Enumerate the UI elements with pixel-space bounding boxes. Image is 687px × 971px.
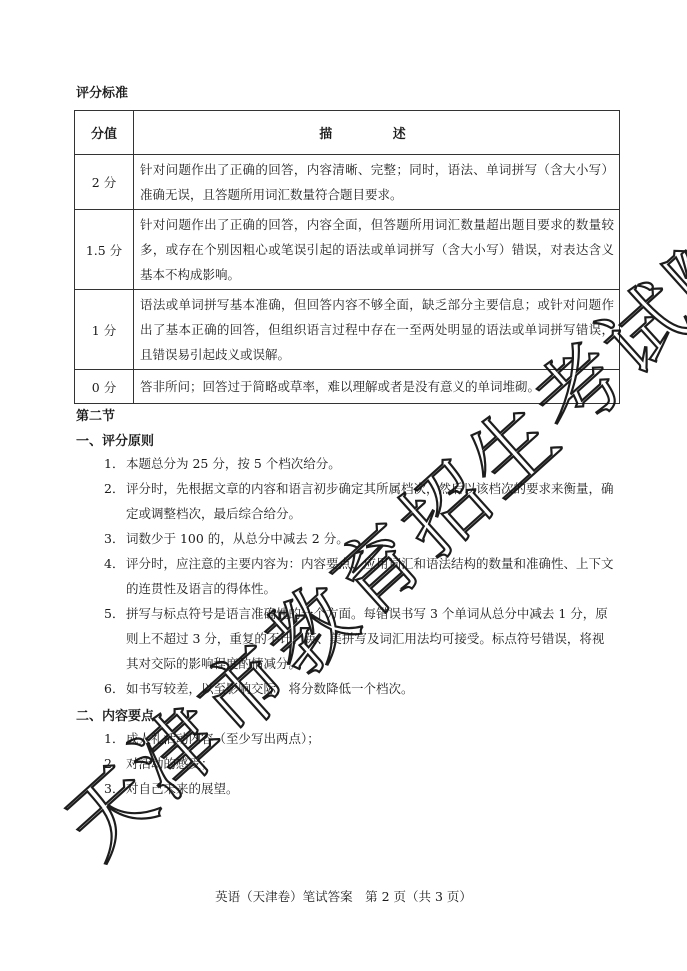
key-points-title: 二、内容要点 <box>76 705 154 724</box>
list-item: 3． 对自己未来的展望。 <box>104 776 616 801</box>
score-cell: 0 分 <box>75 370 134 404</box>
score-cell: 2 分 <box>75 155 134 210</box>
page-footer: 英语（天津卷）笔试答案 第 2 页（共 3 页） <box>0 887 687 905</box>
description-cell: 针对问题作出了正确的回答，内容清晰、完整；同时，语法、单词拼写（含大小写）准确无… <box>134 155 620 210</box>
list-item: 4． 评分时，应注意的主要内容为：内容要点、应用词汇和语法结构的数量和准确性、上… <box>104 551 616 601</box>
table-header-row: 分值 描 述 <box>75 111 620 155</box>
column-header-score: 分值 <box>75 111 134 155</box>
score-cell: 1.5 分 <box>75 210 134 290</box>
table-row: 2 分 针对问题作出了正确的回答，内容清晰、完整；同时，语法、单词拼写（含大小写… <box>75 155 620 210</box>
rubric-table: 分值 描 述 2 分 针对问题作出了正确的回答，内容清晰、完整；同时，语法、单词… <box>74 110 620 404</box>
list-item: 5． 拼写与标点符号是语言准确性的一个方面。每错误书写 3 个单词从总分中减去 … <box>104 601 616 676</box>
description-cell: 答非所问；回答过于简略或草率，难以理解或者是没有意义的单词堆砌。 <box>134 370 620 404</box>
list-item: 6． 如书写较差，以至影响交际，将分数降低一个档次。 <box>104 676 616 701</box>
rubric-title: 评分标准 <box>76 82 128 101</box>
list-item: 1． 本题总分为 25 分，按 5 个档次给分。 <box>104 451 616 476</box>
list-item: 2． 评分时，先根据文章的内容和语言初步确定其所属档次，然后以该档次的要求来衡量… <box>104 476 616 526</box>
column-header-description: 描 述 <box>134 111 620 155</box>
list-item: 2． 对活动的感受； <box>104 751 616 776</box>
score-cell: 1 分 <box>75 290 134 370</box>
description-cell: 针对问题作出了正确的回答，内容全面，但答题所用词汇数量超出题目要求的数量较多，或… <box>134 210 620 290</box>
table-row: 1 分 语法或单词拼写基本准确，但回答内容不够全面，缺乏部分主要信息；或针对问题… <box>75 290 620 370</box>
table-row: 0 分 答非所问；回答过于简略或草率，难以理解或者是没有意义的单词堆砌。 <box>75 370 620 404</box>
description-cell: 语法或单词拼写基本准确，但回答内容不够全面，缺乏部分主要信息；或针对问题作出了基… <box>134 290 620 370</box>
section-title: 第二节 <box>76 405 115 424</box>
table-row: 1.5 分 针对问题作出了正确的回答，内容全面，但答题所用词汇数量超出题目要求的… <box>75 210 620 290</box>
list-item: 1． 成人礼活动内容（至少写出两点）； <box>104 726 616 751</box>
document-page: 评分标准 分值 描 述 2 分 针对问题作出了正确的回答，内容清晰、完整；同时，… <box>0 0 687 971</box>
principles-title: 一、评分原则 <box>76 430 154 449</box>
list-item: 3． 词数少于 100 的，从总分中减去 2 分。 <box>104 526 616 551</box>
